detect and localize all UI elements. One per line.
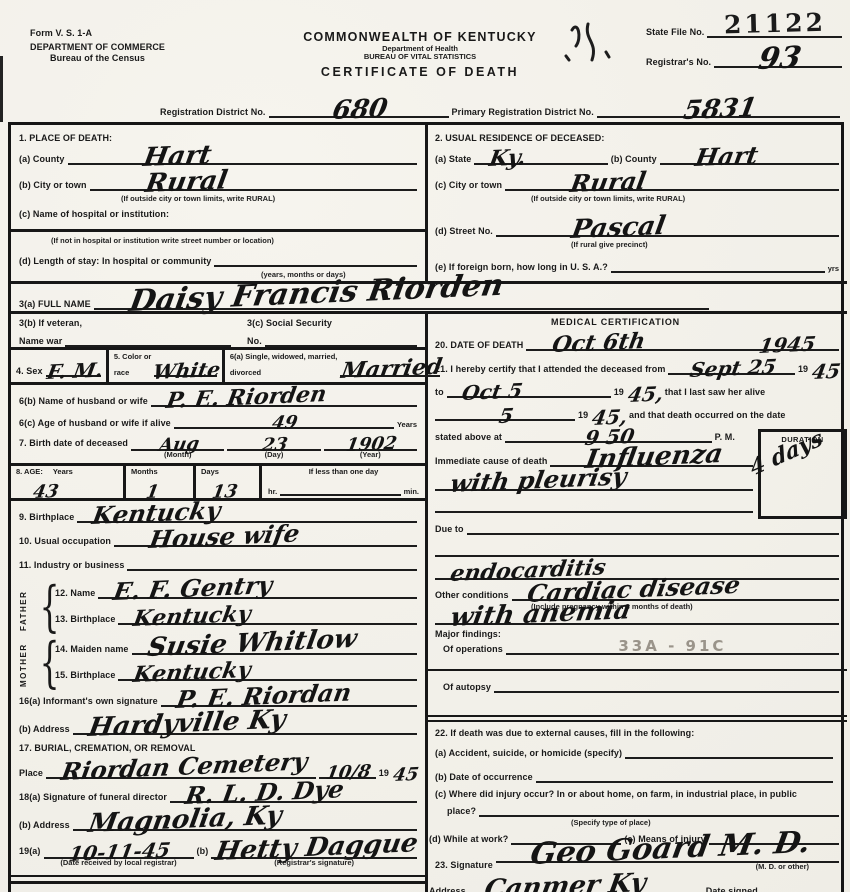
registrar-sig-prefix: (b) <box>197 846 209 867</box>
age-years-label: Years <box>53 468 73 476</box>
spouse-age-suffix: Years <box>397 421 417 429</box>
field-age-years: 8. AGE:Years 43 <box>11 466 123 498</box>
veteran-label-row: 3(b) If veteran, <box>19 317 219 329</box>
other-line2-value: with anemia <box>449 601 632 627</box>
residence-state-label: (a) State <box>435 154 471 165</box>
attended-to-year-hw: 45, <box>627 386 664 402</box>
field-funeral-director: 18(a) Signature of funeral director R. L… <box>19 787 417 803</box>
last-seen-value: 5 <box>498 408 514 423</box>
sex-race-marital-band: 4. Sex F. M. 5. Color or race White 6(a)… <box>11 347 425 385</box>
residence-state-value: Ky. <box>488 150 527 167</box>
field-cause-line3 <box>435 495 753 513</box>
veteran-label: 3(b) If veteran, <box>19 318 82 329</box>
race-value: White <box>152 362 221 379</box>
field-date-occurrence: (b) Date of occurrence <box>435 765 833 783</box>
field-funeral-address: (b) Address Magnolia, Ky <box>19 815 417 831</box>
attended-from-year-hw: 45 <box>811 364 841 379</box>
ink-smudge <box>558 12 638 72</box>
findings-rule <box>425 669 847 671</box>
place-of-death-title: 1. PLACE OF DEATH: <box>19 133 112 144</box>
primary-district-value: 5831 <box>682 99 758 120</box>
death-occurred-text: and that death occurred on the date <box>629 410 786 421</box>
mother-name-label: 14. Maiden name <box>55 644 129 655</box>
physician-signature-label: 23. Signature <box>435 860 493 871</box>
attended-to-prefix: to <box>435 387 444 398</box>
spouse-age-label: 6(c) Age of husband or wife if alive <box>19 418 171 429</box>
mother-birthplace-label: 15. Birthplace <box>55 670 115 681</box>
field-due-to: Due to <box>435 517 839 535</box>
race-label-1: 5. Color or <box>114 353 152 361</box>
foreign-born-suffix: yrs <box>828 265 839 273</box>
field-physician-address: Address Canmer Ky Date signed <box>429 879 839 892</box>
due-to-label: Due to <box>435 524 464 535</box>
funeral-address-value: Magnolia, Ky <box>87 806 283 833</box>
informant-address-value: Hardyville Ky <box>87 710 287 737</box>
field-birth-date: 7. Birth date of deceased Aug(Month) 23(… <box>19 431 417 459</box>
field-death-county: (a) County Hart <box>19 147 417 165</box>
death-city-note: (If outside city or town limits, write R… <box>121 195 275 203</box>
agency-block: Form V. S. 1-A DEPARTMENT OF COMMERCE Bu… <box>30 28 165 63</box>
field-injury-place: place? <box>447 801 839 817</box>
field-registrar-row: 19(a) 10-11-45(Date received by local re… <box>19 837 417 867</box>
father-name-value: E. F. Gentry <box>112 577 273 601</box>
birthplace-label: 9. Birthplace <box>19 512 74 523</box>
field-attended-to: to Oct 5 19 45, that I last saw her aliv… <box>435 379 839 398</box>
sex-label: 4. Sex <box>16 366 43 377</box>
father-name-label: 12. Name <box>55 588 95 599</box>
ssn-no-label: No. <box>247 336 262 347</box>
vital-statistics-line: BUREAU OF VITAL STATISTICS <box>250 53 590 61</box>
field-residence-state-county: (a) State Ky. (b) County Hart <box>435 147 839 165</box>
rule-under-full-name <box>11 311 847 314</box>
registrar-no-field: Registrar's No. 93 <box>646 46 842 68</box>
marital-label-2: divorced <box>230 369 261 377</box>
field-informant-address: (b) Address Hardyville Ky <box>19 719 417 735</box>
last-saw-alive-text: that I last saw her alive <box>665 387 766 398</box>
marital-label-1: 6(a) Single, widowed, married, <box>230 353 338 361</box>
field-sex: 4. Sex F. M. <box>11 350 106 382</box>
department-line: DEPARTMENT OF COMMERCE <box>30 42 165 53</box>
age-days-label: Days <box>201 468 219 476</box>
state-file-number: 21122 <box>723 8 826 40</box>
mother-name-value: Susie Whitlow <box>146 630 358 657</box>
duration-box: DURATION 4 days <box>758 429 847 519</box>
left-bottom-rule-2 <box>11 881 425 884</box>
death-county-label: (a) County <box>19 154 65 165</box>
industry-label: 11. Industry or business <box>19 560 124 571</box>
autopsy-label: Of autopsy <box>443 682 491 693</box>
field-father-birthplace: 13. Birthplace Kentucky <box>55 609 417 625</box>
district-fields: Registration District No. 680 Primary Re… <box>160 92 840 118</box>
last-seen-year-printed: 19 <box>578 410 588 421</box>
certificate-title: CERTIFICATE OF DEATH <box>250 65 590 80</box>
physician-signature-value: Geo Goard M. D. <box>529 832 812 865</box>
physician-address-label: Address <box>429 886 466 892</box>
state-file-label: State File No. <box>646 27 704 38</box>
form-number: Form V. S. 1-A <box>30 28 165 39</box>
state-file-field: State File No. 21122 <box>646 4 842 38</box>
field-mother-name: 14. Maiden name Susie Whitlow <box>55 639 417 655</box>
column-divider-top <box>425 125 428 281</box>
street-no-label: (d) Street No. <box>435 226 493 237</box>
cause-line2-value: with pleurisy <box>449 469 628 493</box>
sex-value: F. M. <box>46 363 104 379</box>
attended-from-value: Sept 25 <box>689 359 777 377</box>
death-certificate-scan: Form V. S. 1-A DEPARTMENT OF COMMERCE Bu… <box>0 0 850 892</box>
occupation-label: 10. Usual occupation <box>19 536 111 547</box>
date-signed-label: Date signed <box>706 886 758 892</box>
bureau-line: Bureau of the Census <box>30 53 165 64</box>
title-block: COMMONWEALTH OF KENTUCKY Department of H… <box>250 30 590 80</box>
residence-city-note: (If outside city or town limits, write R… <box>531 195 685 203</box>
hospital-note: (If not in hospital or institution write… <box>51 237 274 245</box>
residence-county-label: (b) County <box>611 154 657 165</box>
marital-value: Married <box>340 359 443 379</box>
spouse-age-value: 49 <box>271 417 298 431</box>
field-accident-suicide: (a) Accident, suicide, or homicide (spec… <box>435 741 833 759</box>
field-spouse-name: 6(b) Name of husband or wife P. E. Riord… <box>19 391 417 407</box>
min-label: min. <box>404 488 419 496</box>
field-full-name: 3(a) FULL NAME Daisy Francis Riorden <box>19 285 709 310</box>
field-spouse-age: 6(c) Age of husband or wife if alive 49 … <box>19 413 417 429</box>
residence-county-value: Hart <box>694 148 759 167</box>
field-length-of-stay: (d) Length of stay: In hospital or commu… <box>19 249 417 267</box>
field-date-of-death: 20. DATE OF DEATH Oct 6th 1945 <box>435 329 839 351</box>
residence-city-label: (c) City or town <box>435 180 502 191</box>
field-physician-signature: 23. Signature Geo Goard M. D.(M. D. or o… <box>435 847 839 871</box>
field-attended-from: 21. I hereby certify that I attended the… <box>435 355 839 375</box>
birth-day-value: 23 <box>261 439 288 453</box>
operations-label: Of operations <box>443 644 503 655</box>
occupation-value: House wife <box>148 526 301 549</box>
attended-to-year-printed: 19 <box>614 387 624 398</box>
date-of-death-label: 20. DATE OF DEATH <box>435 340 523 351</box>
registrar-no-value: 93 <box>757 47 803 70</box>
father-side-label: FATHER <box>19 585 28 631</box>
field-last-seen-date: 5 19 45, and that death occurred on the … <box>435 402 839 421</box>
spouse-name-label: 6(b) Name of husband or wife <box>19 396 148 407</box>
field-informant-signature: 16(a) Informant's own signature P. E. Ri… <box>19 691 417 707</box>
injury-place-label: place? <box>447 806 476 817</box>
external-causes-title: 22. If death was due to external causes,… <box>435 728 694 739</box>
death-city-label: (b) City or town <box>19 180 87 191</box>
birth-month-value: Aug <box>158 438 200 452</box>
time-of-death-label: stated above at <box>435 432 502 443</box>
duration-value: 4 days <box>749 425 836 477</box>
field-occupation: 10. Usual occupation House wife <box>19 531 417 547</box>
field-age-less-than-day: If less than one day hr. min. <box>259 466 425 498</box>
date-occurrence-label: (b) Date of occurrence <box>435 772 533 783</box>
attended-from-year-printed: 19 <box>798 364 808 375</box>
scan-edge-artifact <box>0 56 3 122</box>
field-birthplace: 9. Birthplace Kentucky <box>19 507 417 523</box>
full-name-label: 3(a) FULL NAME <box>19 299 91 310</box>
burial-place-label: Place <box>19 768 43 779</box>
field-other-line2: with anemia <box>435 607 839 625</box>
field-veteran-war: Name war <box>19 333 231 347</box>
spouse-name-value: P. E. Riorden <box>165 387 328 409</box>
registration-district-value: 680 <box>331 99 389 120</box>
residence-title: 2. USUAL RESIDENCE OF DECEASED: <box>435 133 604 144</box>
informant-signature-label: 16(a) Informant's own signature <box>19 696 158 707</box>
field-race: 5. Color or race White <box>106 350 222 382</box>
father-birthplace-value: Kentucky <box>132 607 252 627</box>
field-industry: 11. Industry or business <box>19 555 417 571</box>
hr-label: hr. <box>268 488 277 496</box>
field-death-city: (b) City or town Rural <box>19 173 417 191</box>
commonwealth-title: COMMONWEALTH OF KENTUCKY <box>250 30 590 45</box>
field-cause-line2: with pleurisy <box>435 471 753 491</box>
operations-pencil-value: 33A - 91C <box>618 641 726 652</box>
hospital-label: (c) Name of hospital or institution: <box>19 209 169 220</box>
burial-year-printed: 19 <box>379 768 389 779</box>
age-label: 8. AGE: <box>16 468 43 476</box>
street-no-value: Pascal <box>570 217 667 239</box>
field-mother-birthplace: 15. Birthplace Kentucky <box>55 665 417 681</box>
death-county-value: Hart <box>142 146 213 167</box>
field-autopsy: Of autopsy <box>443 675 839 693</box>
registrar-signature-value: Hetty Daggue <box>214 834 419 861</box>
mother-side-label: MOTHER <box>19 641 28 687</box>
primary-district-label: Primary Registration District No. <box>452 107 594 118</box>
field-street-no: (d) Street No. Pascal <box>435 219 839 237</box>
column-divider-main <box>425 311 428 892</box>
registrar-date-value: 10-11-45 <box>68 842 171 860</box>
burial-year-value: 45 <box>392 769 419 783</box>
attended-to-value: Oct 5 <box>461 383 524 400</box>
less-than-day-label: If less than one day <box>309 468 379 476</box>
external-rule-2 <box>425 720 847 722</box>
field-marital-status: 6(a) Single, widowed, married, divorced … <box>222 350 445 382</box>
physician-address-value: Canmer Ky <box>483 874 647 892</box>
registration-district-label: Registration District No. <box>160 107 266 118</box>
field-father-name: 12. Name E. F. Gentry <box>55 583 417 599</box>
date-of-death-year: 1945 <box>758 337 816 353</box>
date-of-death-value: Oct 6th <box>551 334 646 353</box>
accident-suicide-label: (a) Accident, suicide, or homicide (spec… <box>435 748 622 759</box>
funeral-address-label: (b) Address <box>19 820 70 831</box>
death-city-value: Rural <box>144 171 229 193</box>
left-bottom-rule-1 <box>11 875 425 877</box>
race-label-2: race <box>114 369 129 377</box>
registrar-no-label: Registrar's No. <box>646 57 711 68</box>
residence-city-value: Rural <box>569 173 647 193</box>
age-years-value: 43 <box>32 486 59 500</box>
father-birthplace-label: 13. Birthplace <box>55 614 115 625</box>
field-due-to-line2 <box>435 539 839 557</box>
other-conditions-label: Other conditions <box>435 590 509 601</box>
funeral-director-label: 18(a) Signature of funeral director <box>19 792 167 803</box>
certificate-form: 1. PLACE OF DEATH: (a) County Hart (b) C… <box>8 122 844 892</box>
ssn-label: 3(c) Social Security <box>247 318 332 329</box>
external-rule-1 <box>425 715 847 717</box>
birth-date-label: 7. Birth date of deceased <box>19 438 128 459</box>
section1-inner-rule <box>11 229 425 232</box>
registrar-date-label: 19(a) <box>19 846 41 867</box>
mother-birthplace-value: Kentucky <box>132 663 252 683</box>
field-age-days: Days 13 <box>193 466 259 498</box>
street-no-note: (If rural give precinct) <box>571 241 648 249</box>
field-other-conditions: Other conditions Cardiac disease <box>435 583 839 601</box>
informant-address-label: (b) Address <box>19 724 70 735</box>
ssn-label-row: 3(c) Social Security <box>247 317 417 329</box>
birth-year-value: 1902 <box>345 438 398 453</box>
attended-from-label: 21. I hereby certify that I attended the… <box>435 364 665 375</box>
field-operations: Of operations 33A - 91C <box>443 637 839 655</box>
birthplace-value: Kentucky <box>91 503 222 525</box>
field-burial-place: Place Riordan Cemetery 10/8 19 45 <box>19 759 417 779</box>
veteran-war-label: Name war <box>19 336 62 347</box>
age-months-label: Months <box>131 468 158 476</box>
field-ssn: No. <box>247 333 417 347</box>
field-residence-city: (c) City or town Rural <box>435 173 839 191</box>
length-of-stay-label: (d) Length of stay: In hospital or commu… <box>19 256 211 267</box>
field-age-months: Months 1 <box>123 466 193 498</box>
